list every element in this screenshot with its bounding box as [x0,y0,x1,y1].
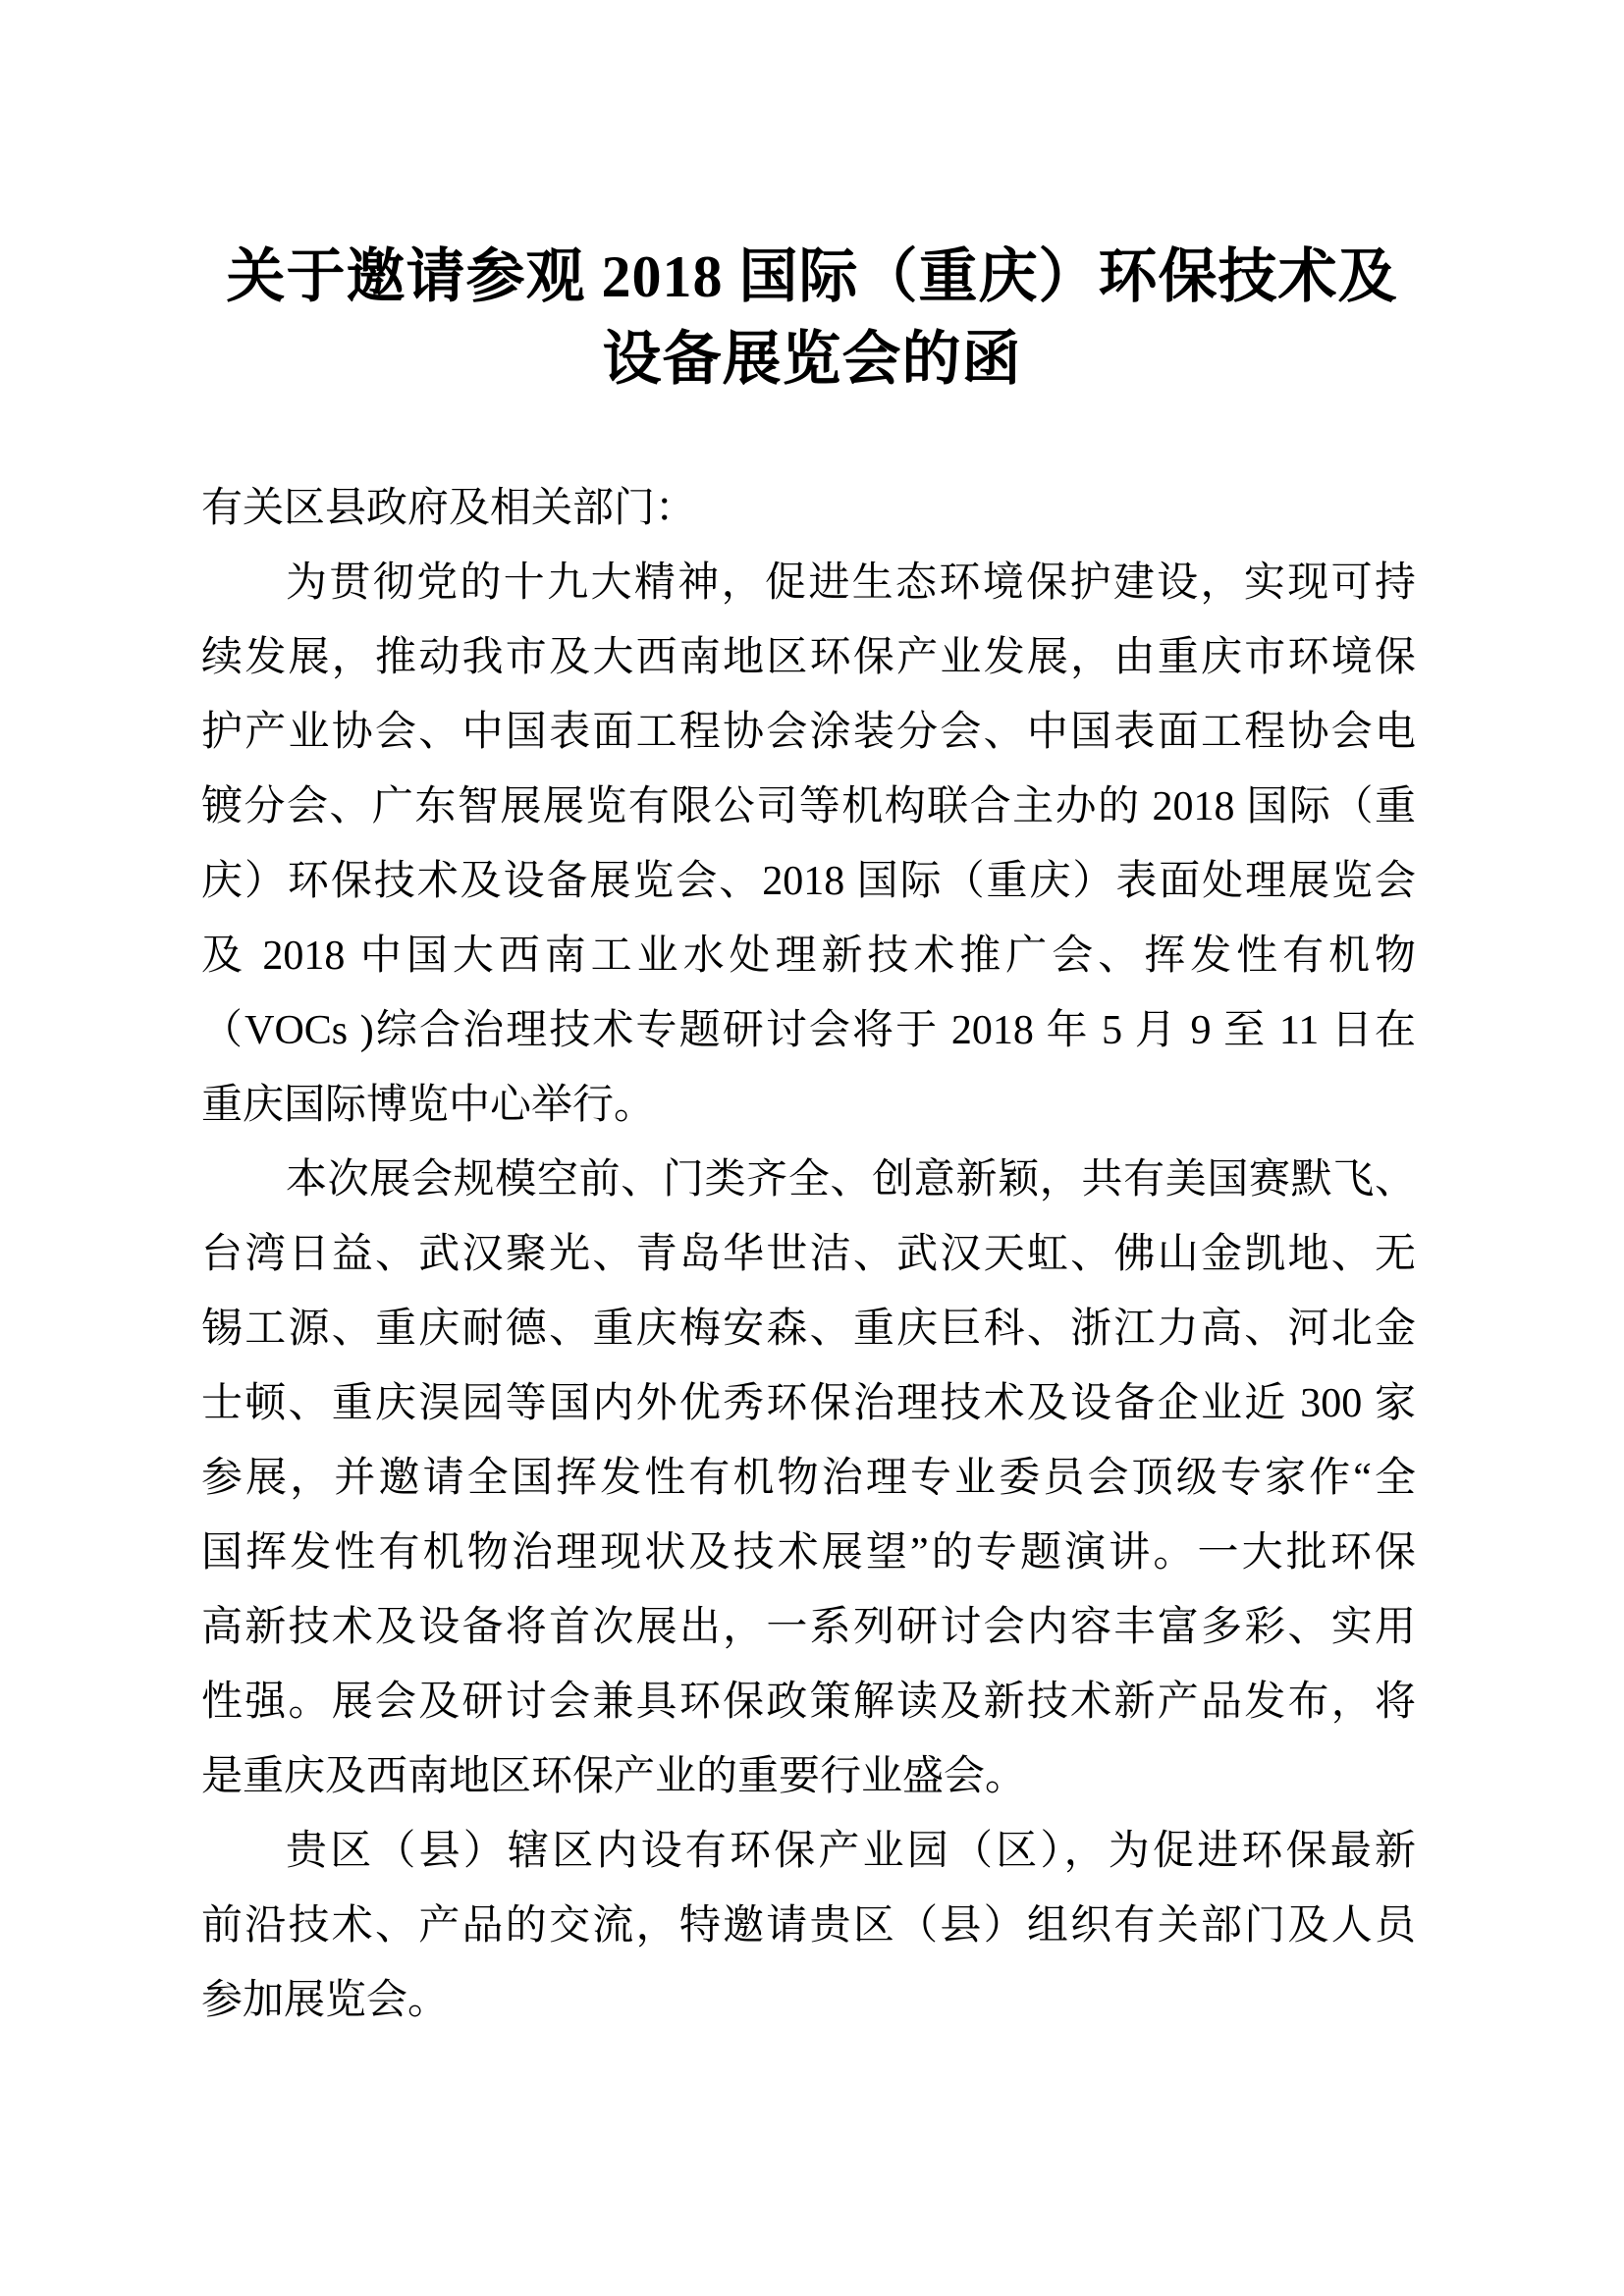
salutation-line: 有关区县政府及相关部门： [201,471,1416,546]
body-line: 本次展会规模空前、门类齐全、创意新颖，共有美国赛默飞、 [201,1143,1416,1217]
body-line: 士顿、重庆淏园等国内外优秀环保治理技术及设备企业近 300 家 [201,1366,1416,1441]
body-line: 台湾日益、武汉聚光、青岛华世洁、武汉天虹、佛山金凯地、无 [201,1217,1416,1292]
body-line: 镀分会、广东智展展览有限公司等机构联合主办的 2018 国际（重 [201,770,1416,844]
title-line-2: 设备展览会的函 [0,318,1624,400]
body-line: 国挥发性有机物治理现状及技术展望”的专题演讲。一大批环保 [201,1516,1416,1590]
body-line: 锡工源、重庆耐德、重庆梅安森、重庆巨科、浙江力高、河北金 [201,1292,1416,1366]
body-line: 参加展览会。 [201,1963,1416,2038]
title-line-1: 关于邀请参观 2018 国际（重庆）环保技术及 [0,236,1624,318]
body-line: 贵区（县）辖区内设有环保产业园（区），为促进环保最新 [201,1814,1416,1889]
body-line: 护产业协会、中国表面工程协会涂装分会、中国表面工程协会电 [201,695,1416,770]
document-title: 关于邀请参观 2018 国际（重庆）环保技术及 设备展览会的函 [0,236,1624,400]
body-line: 是重庆及西南地区环保产业的重要行业盛会。 [201,1739,1416,1814]
body-line: 及 2018 中国大西南工业水处理新技术推广会、挥发性有机物 [201,919,1416,993]
body-line: 续发展，推动我市及大西南地区环保产业发展，由重庆市环境保 [201,620,1416,695]
body-line: 参展，并邀请全国挥发性有机物治理专业委员会顶级专家作“全 [201,1441,1416,1516]
body-line: 重庆国际博览中心举行。 [201,1068,1416,1143]
body-line: 高新技术及设备将首次展出，一系列研讨会内容丰富多彩、实用 [201,1590,1416,1665]
body-line: 性强。展会及研讨会兼具环保政策解读及新技术新产品发布，将 [201,1665,1416,1739]
body-line: 庆）环保技术及设备展览会、2018 国际（重庆）表面处理展览会 [201,844,1416,919]
document-body: 有关区县政府及相关部门： 为贯彻党的十九大精神，促进生态环境保护建设，实现可持 … [201,471,1416,2038]
document-page: 关于邀请参观 2018 国际（重庆）环保技术及 设备展览会的函 有关区县政府及相… [0,0,1624,2296]
body-line: 前沿技术、产品的交流，特邀请贵区（县）组织有关部门及人员 [201,1889,1416,1963]
body-line: 为贯彻党的十九大精神，促进生态环境保护建设，实现可持 [201,546,1416,620]
body-line: （VOCs )综合治理技术专题研讨会将于 2018 年 5 月 9 至 11 日… [201,993,1416,1068]
